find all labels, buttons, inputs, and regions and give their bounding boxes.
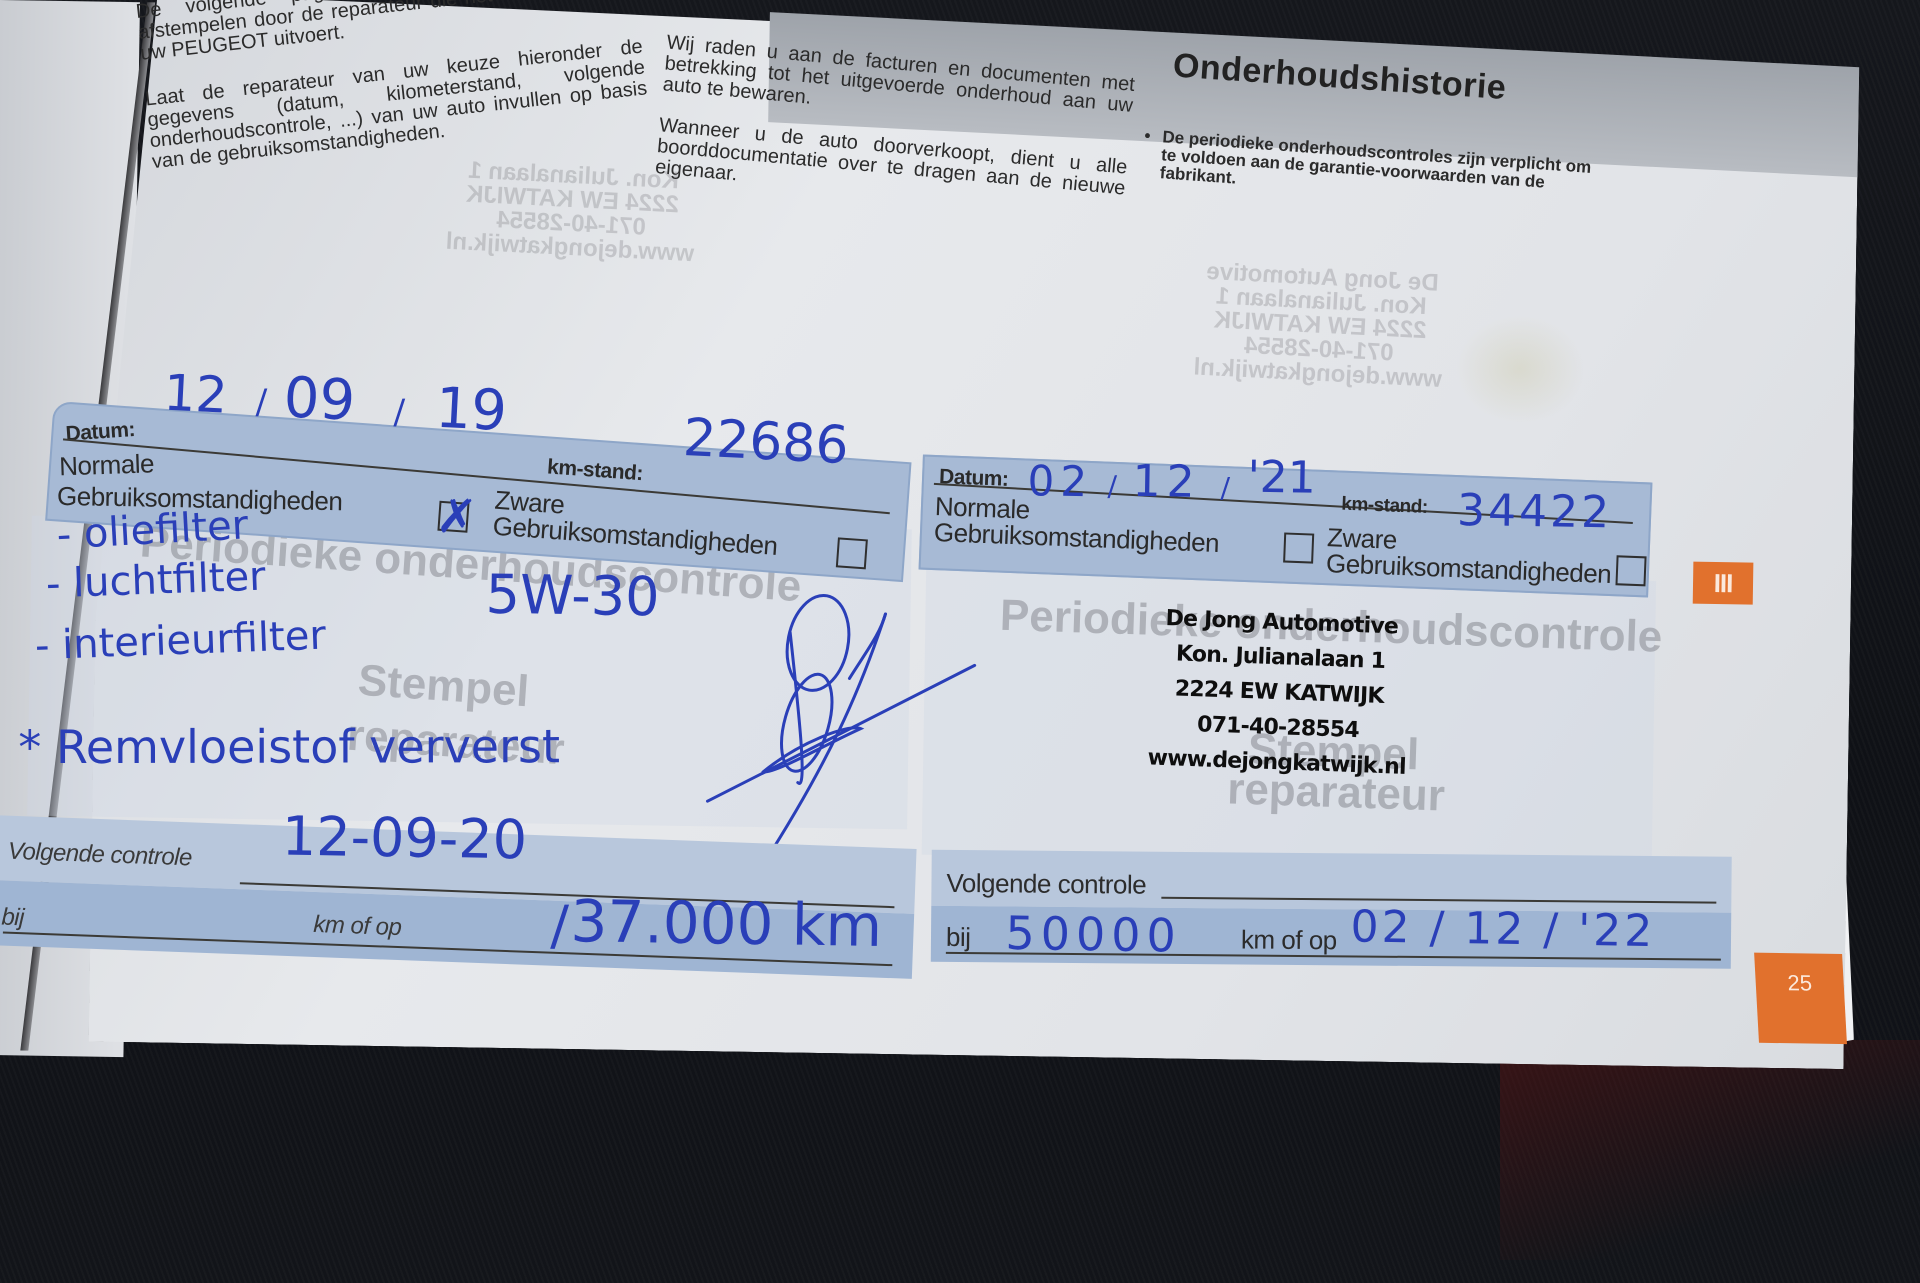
bullet-icon: •: [1144, 127, 1151, 145]
entry-1-date-month: 09: [282, 365, 356, 434]
date-separator: /: [1107, 469, 1117, 502]
oil-spec: 5W-30: [485, 563, 660, 629]
km-or-on-label: km of op: [1241, 924, 1337, 956]
entry-1-date-year: 19: [434, 376, 508, 445]
entry-2-km-stand: 34422: [1457, 485, 1613, 538]
page-number-tab: 25: [1754, 953, 1847, 1044]
normal-label-2: Gebruiksomstandigheden: [933, 519, 1219, 557]
normal-label-1: Normale: [59, 450, 155, 480]
maintenance-booklet: Onderhoudshistorie De volgende pagina's …: [0, 0, 1870, 1089]
heavy-conditions-checkbox[interactable]: [1615, 555, 1646, 586]
entry-2-date-month: 12: [1132, 456, 1201, 508]
entry-1-km-stand: 22686: [682, 408, 850, 476]
bleed-through-stamp-right: De Jong Automotive Kon. Julianalaan 1 22…: [1172, 259, 1468, 394]
entry-1-km-prefix: /: [550, 894, 569, 957]
entry-2-next-check-on: 02 / 12 / '22: [1350, 901, 1655, 957]
heavy-label-2: Gebruiksomstandigheden: [492, 513, 778, 560]
km-stand-label: km-stand:: [1341, 491, 1428, 521]
signature: [686, 571, 1011, 876]
at-label: bij: [946, 922, 971, 953]
entry-1-date-day: 12: [162, 364, 228, 425]
at-label: bij: [1, 903, 25, 932]
intro-left-paragraph-2: Laat de reparateur van uw keuze hieronde…: [144, 36, 650, 173]
bleed-through-stamp-left: Kon. Julianalaan 1 2224 EW KATWIJK 071-4…: [415, 156, 729, 268]
normal-conditions-checkbox[interactable]: [1283, 532, 1314, 563]
entry-1-next-check-date: 12-09-20: [281, 805, 527, 872]
km-or-on-label: km of op: [313, 911, 402, 942]
entry-2-date-day: 02: [1027, 456, 1093, 506]
entry-2-date-year: '21: [1247, 452, 1316, 504]
garage-stamp: De Jong Automotive Kon. Julianalaan 1 22…: [1126, 600, 1432, 786]
date-separator: /: [1220, 471, 1230, 504]
date-separator: /: [393, 392, 405, 432]
date-separator: /: [255, 382, 267, 422]
note-air-filter: - luchtfilter: [45, 554, 266, 608]
heavy-label-2: Gebruiksomstandigheden: [1326, 550, 1612, 588]
heavy-conditions-checkbox[interactable]: [836, 537, 868, 569]
entry-1-next-check-km: 37.000 km: [570, 887, 882, 960]
check-mark-icon: ✗: [435, 497, 478, 540]
chapter-tab[interactable]: III: [1693, 562, 1754, 605]
note-brake-fluid: * Remvloeistof ververst: [18, 719, 560, 774]
next-check-label: Volgende controle: [946, 868, 1146, 901]
entry-2-next-check-km: 50000: [1005, 906, 1182, 963]
